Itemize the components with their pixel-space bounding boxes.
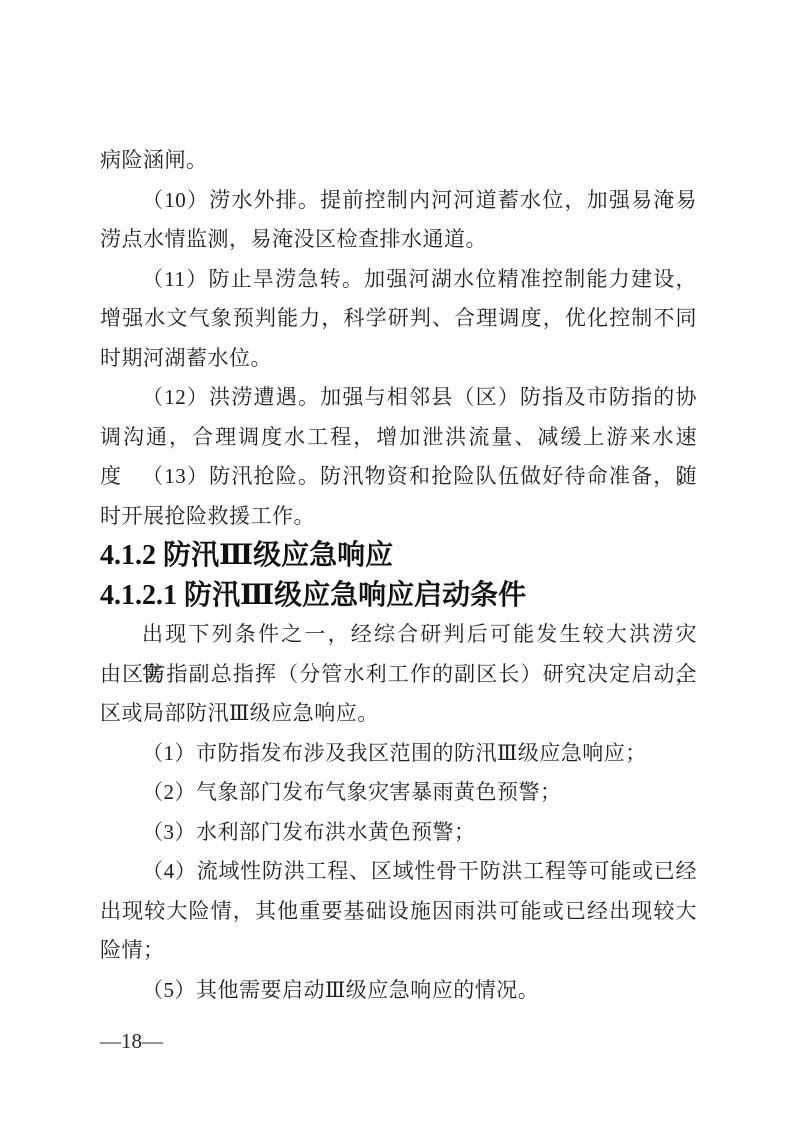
page-number: —18— bbox=[100, 1028, 163, 1054]
body-line: 由区防指副总指挥（分管水利工作的副区长）研究决定启动全 bbox=[100, 655, 697, 695]
body-line: 出现下列条件之一，经综合研判后可能发生较大洪涝灾害， bbox=[100, 615, 697, 655]
body-line: （5）其他需要启动Ⅲ级应急响应的情况。 bbox=[100, 971, 697, 1011]
body-line: 调沟通，合理调度水工程，增加泄洪流量、减缓上游来水速度； bbox=[100, 418, 697, 458]
body-line: 增强水文气象预判能力，科学研判、合理调度，优化控制不同 bbox=[100, 299, 697, 339]
text-block: 病险涵闸。 （10）涝水外排。提前控制内河河道蓄水位，加强易淹易 涝点水情监测，… bbox=[100, 141, 697, 1010]
body-line: （12）洪涝遭遇。加强与相邻县（区）防指及市防指的协 bbox=[100, 378, 697, 418]
body-line: （10）涝水外排。提前控制内河河道蓄水位，加强易淹易 bbox=[100, 181, 697, 221]
body-line: （13）防汛抢险。防汛物资和抢险队伍做好待命准备，随 bbox=[100, 457, 697, 497]
body-line: 时开展抢险救援工作。 bbox=[100, 497, 697, 537]
body-line: （3）水利部门发布洪水黄色预警； bbox=[100, 813, 697, 853]
section-heading-4-1-2-1: 4.1.2.1 防汛Ⅲ级应急响应启动条件 bbox=[100, 576, 697, 616]
body-line: 病险涵闸。 bbox=[100, 141, 697, 181]
body-line: 出现较大险情，其他重要基础设施因雨洪可能或已经出现较大 bbox=[100, 892, 697, 932]
body-line: （1）市防指发布涉及我区范围的防汛Ⅲ级应急响应； bbox=[100, 734, 697, 774]
section-heading-4-1-2: 4.1.2 防汛Ⅲ级应急响应 bbox=[100, 536, 697, 576]
body-line: 时期河湖蓄水位。 bbox=[100, 339, 697, 379]
document-page: 病险涵闸。 （10）涝水外排。提前控制内河河道蓄水位，加强易淹易 涝点水情监测，… bbox=[0, 0, 793, 1122]
body-line: （11）防止旱涝急转。加强河湖水位精准控制能力建设， bbox=[100, 260, 697, 300]
body-line: （4）流域性防洪工程、区域性骨干防洪工程等可能或已经 bbox=[100, 852, 697, 892]
body-line: 区或局部防汛Ⅲ级应急响应。 bbox=[100, 694, 697, 734]
body-line: （2）气象部门发布气象灾害暴雨黄色预警； bbox=[100, 773, 697, 813]
body-line: 险情； bbox=[100, 931, 697, 971]
body-line: 涝点水情监测，易淹没区检查排水通道。 bbox=[100, 220, 697, 260]
